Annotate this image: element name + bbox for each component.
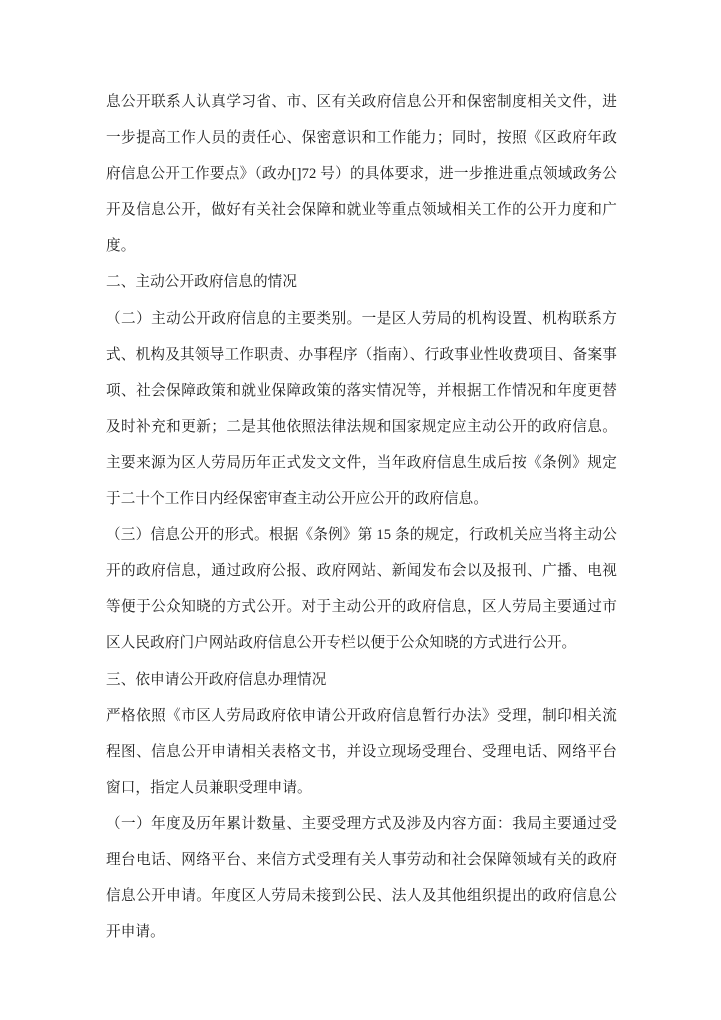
document-page: 息公开联系人认真学习省、市、区有关政府信息公开和保密制度相关文件，进一步提高工作… <box>0 0 721 1020</box>
section-heading-3: 三、依申请公开政府信息办理情况 <box>106 662 617 698</box>
paragraph-section3-quantity: （一）年度及历年累计数量、主要受理方式及涉及内容方面：我局主要通过受理台电话、网… <box>106 806 617 950</box>
paragraph-continuation: 息公开联系人认真学习省、市、区有关政府信息公开和保密制度相关文件，进一步提高工作… <box>106 84 617 264</box>
paragraph-section3-intro: 严格依照《市区人劳局政府依申请公开政府信息暂行办法》受理，制印相关流程图、信息公… <box>106 698 617 806</box>
document-body: 息公开联系人认真学习省、市、区有关政府信息公开和保密制度相关文件，进一步提高工作… <box>106 84 617 950</box>
section-heading-2: 二、主动公开政府信息的情况 <box>106 264 617 300</box>
paragraph-section2-forms: （三）信息公开的形式。根据《条例》第 15 条的规定，行政机关应当将主动公开的政… <box>106 517 617 661</box>
paragraph-section2-categories: （二）主动公开政府信息的主要类别。一是区人劳局的机构设置、机构联系方式、机构及其… <box>106 301 617 518</box>
